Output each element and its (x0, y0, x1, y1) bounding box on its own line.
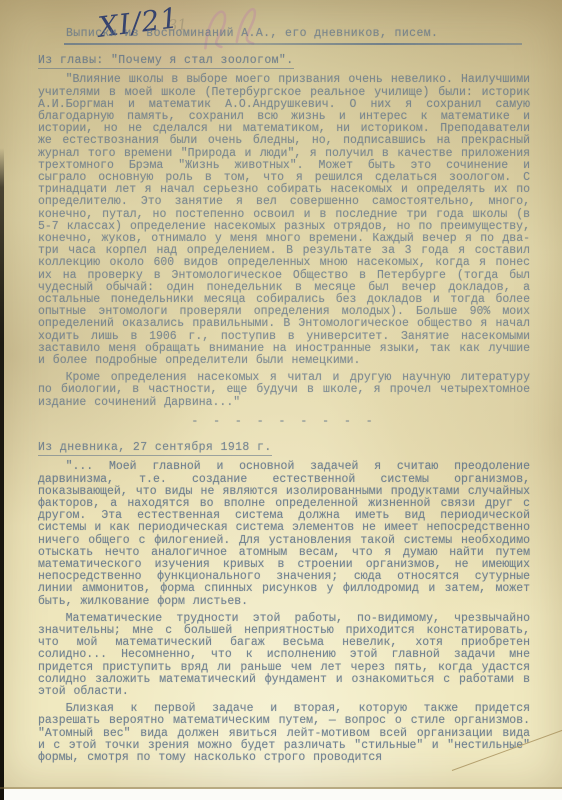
section-chapter: Из главы: "Почему я стал зоологом". "Вли… (38, 45, 530, 409)
section-heading-diary: Из дневника, 27 сентября 1918 г. (38, 442, 272, 456)
section-diary: Из дневника, 27 сентября 1918 г. "... Мо… (38, 432, 530, 764)
paragraph-math-difficulties: Математические трудности этой работы, по… (38, 613, 530, 698)
paragraph-school-influence: "Влияние школы в выборе моего призвания … (38, 74, 530, 367)
typed-content: Выписки из воспоминаний А.А., его дневни… (38, 28, 530, 764)
scan-canvas: XI/21 31 Выписки из воспоминаний А.А., е… (0, 0, 562, 800)
paragraph-second-task: Близкая к первой задаче и вторая, котору… (38, 703, 530, 764)
paper-bottom-edge (0, 787, 562, 789)
section-heading-chapter: Из главы: "Почему я стал зоологом". (38, 55, 294, 69)
section-divider: - - - - - - - - - (38, 416, 530, 428)
document-title: Выписки из воспоминаний А.А., его дневни… (66, 28, 530, 40)
paragraph-main-task: "... Моей главной и основной задачей я с… (38, 461, 530, 607)
scan-edge-shadow (0, 148, 4, 800)
paragraph-darwin-reading: Кроме определения насекомых я читал и др… (38, 372, 530, 409)
document-page: XI/21 31 Выписки из воспоминаний А.А., е… (0, 0, 562, 789)
